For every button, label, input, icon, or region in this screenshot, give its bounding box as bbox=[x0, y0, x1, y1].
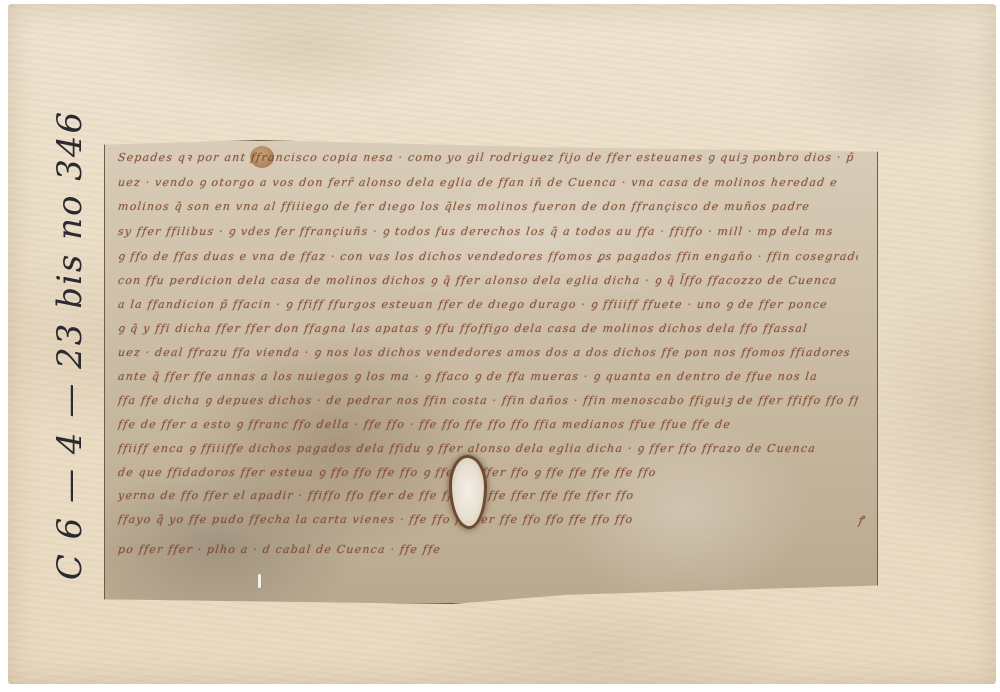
charter-line-8: ꝯ q̃ y ffi dicha ffer ffer don ffagna la… bbox=[117, 321, 858, 335]
charter-line-13: ffiiff enca ꝯ ffiiiffe dichos pagados de… bbox=[117, 441, 858, 455]
charter-line-14: de que ffidadoros ffer esteua ꝯ ffo ffo … bbox=[117, 465, 858, 479]
charter-line-3: molinos q̃ son en vna al ffiiiego de fer… bbox=[117, 200, 858, 214]
charter-line-5: ꝯ ffo de ffas duas e vna de ffaz · con v… bbox=[117, 249, 858, 263]
charter-line-17: po ffer ffer · plho a · d cabal de Cuenc… bbox=[117, 543, 638, 557]
shelfmark-annotation: C 6 — 4 — 23 bis no 346 bbox=[50, 110, 90, 580]
charter-line-11: ffa ffe dicha ꝯ depues dichos · de pedra… bbox=[117, 393, 858, 407]
charter-line-4: sy ffer ffilibus · ꝯ vdes fer ffrançiuñs… bbox=[117, 224, 858, 238]
charter-line-12: ffe de ffer a esto ꝯ ffranc ffo della · … bbox=[117, 417, 858, 431]
parchment-nick bbox=[258, 574, 261, 588]
charter-line-16: ffayo q̃ yo ffe pudo ffecha la carta vie… bbox=[117, 513, 858, 527]
charter-line-7: a la ffandicion p̃ ffacin · ꝯ ffiff ffur… bbox=[117, 297, 858, 311]
charter-line-1: Sepades qꝛ por ant ffrancisco copia nesa… bbox=[117, 150, 858, 164]
charter-line-2: uez · vendo ꝯ otorgo a vos don ferȓ alon… bbox=[117, 175, 858, 189]
charter-line-15: yerno de ffo ffer el apadir · ffiffo ffo… bbox=[117, 489, 858, 503]
closing-mark: ꝭ bbox=[857, 513, 878, 527]
charter-line-10: ante q̃ ffer ffe annas a los nuiegos ꝯ l… bbox=[117, 369, 858, 383]
charter-line-9: uez · deal ffrazu ffa vienda · ꝯ nos los… bbox=[117, 345, 858, 359]
charter-line-6: con ffu perdicion dela casa de molinos d… bbox=[117, 273, 858, 287]
